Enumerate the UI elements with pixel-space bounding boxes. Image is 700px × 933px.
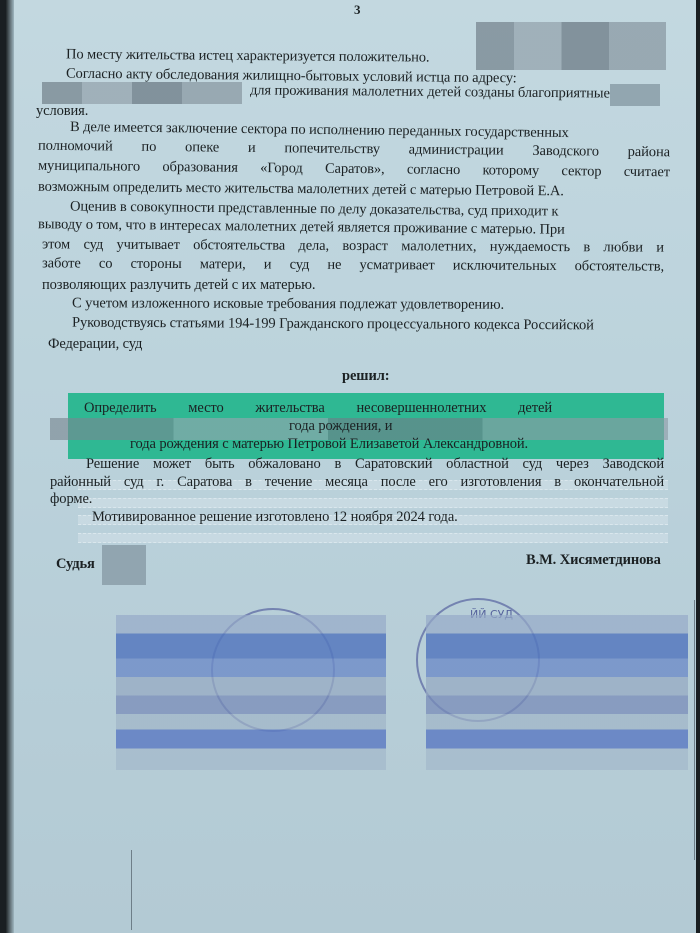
- paragraph-conclusion-line4: возможным определить место жительства ма…: [38, 179, 564, 201]
- appeal-line2: районный суд г. Саратова в течение месяц…: [50, 474, 664, 491]
- decision-line3: года рождения с матерью Петровой Елизаве…: [130, 436, 528, 453]
- appeal-line3: форме.: [50, 491, 92, 508]
- redaction-signature: [102, 545, 146, 585]
- decision-line1: Определить место жительства несовершенно…: [84, 400, 552, 417]
- decision-line2: года рождения, и: [289, 418, 392, 435]
- page-edge-shadow: [6, 0, 14, 933]
- redaction-address-end: [610, 84, 660, 106]
- paragraph-inspection-line2: для проживания малолетних детей созданы …: [250, 82, 610, 102]
- paragraph-guided-line1: Руководствуясь статьями 194-199 Гражданс…: [72, 315, 594, 335]
- watermark-stripe: [78, 498, 668, 508]
- judge-name: В.М. Хисяметдинова: [526, 552, 661, 569]
- paragraph-guided-line2: Федерации, суд: [48, 336, 142, 353]
- page-number: 3: [354, 2, 361, 18]
- decision-heading: решил:: [342, 368, 389, 385]
- paragraph-claims: С учетом изложенного исковые требования …: [72, 295, 504, 314]
- paragraph-characteristic: По месту жительства истец характеризуетс…: [66, 46, 430, 66]
- redaction-block: [476, 22, 666, 70]
- document-page: 3 По месту жительства истец характеризуе…: [6, 0, 696, 933]
- redaction-stamp-right: [426, 615, 688, 770]
- judge-label: Судья: [56, 556, 95, 573]
- paragraph-inspection-line3: условия.: [36, 103, 88, 120]
- redaction-address: [42, 82, 242, 104]
- paragraph-conclusion-line3: муниципального образования «Город Сарато…: [38, 158, 670, 182]
- appeal-line1: Решение может быть обжаловано в Саратовс…: [86, 456, 664, 473]
- fold-line: [131, 850, 132, 930]
- watermark-stripe: [78, 533, 668, 543]
- motivated-decision-date: Мотивированное решение изготовлено 12 но…: [92, 509, 458, 526]
- paragraph-assessment-line4: заботе со стороны матери, и суд не усмат…: [42, 255, 664, 275]
- fold-line: [694, 600, 695, 860]
- paragraph-assessment-line5: позволяющих разлучить детей с их матерью…: [42, 277, 315, 294]
- redaction-stamp-left: [116, 615, 386, 770]
- paragraph-assessment-line3: этом суд учитывает обстоятельства дела, …: [42, 236, 664, 256]
